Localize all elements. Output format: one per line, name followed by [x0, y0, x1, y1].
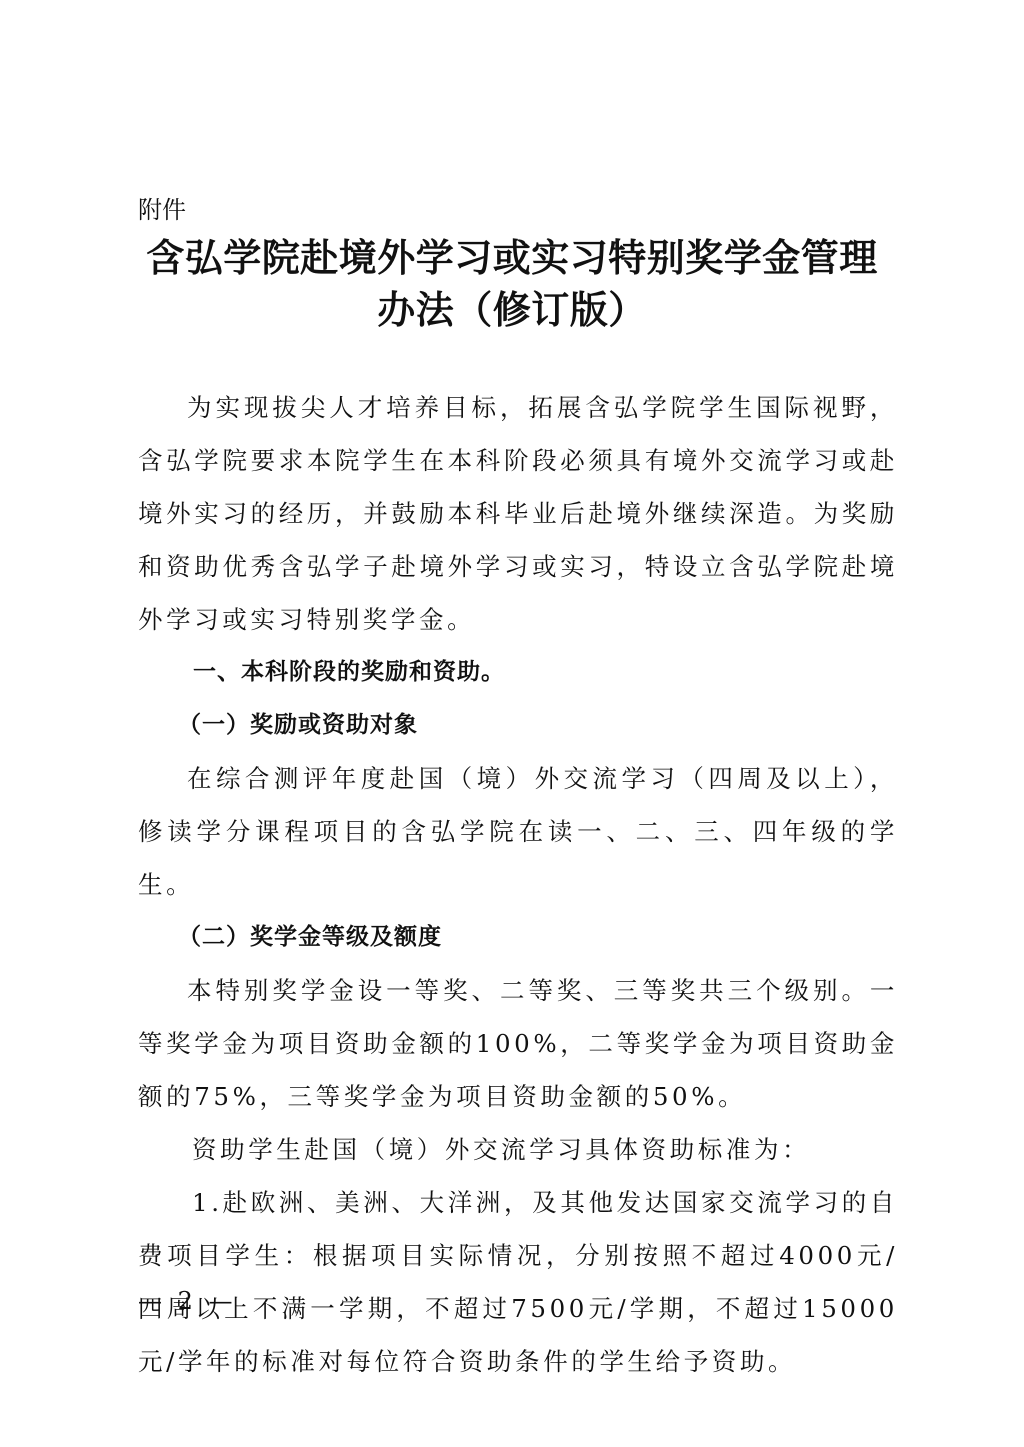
eligibility-paragraph: 在综合测评年度赴国（境）外交流学习（四周及以上），修读学分课程项目的含弘学院在读… — [138, 752, 898, 911]
funding-standard-intro: 资助学生赴国（境）外交流学习具体资助标准为： — [138, 1123, 898, 1176]
document-body: 为实现拔尖人才培养目标，拓展含弘学院学生国际视野，含弘学院要求本院学生在本科阶段… — [138, 381, 898, 1388]
document-page: 附件 含弘学院赴境外学习或实习特别奖学金管理 办法（修订版） 为实现拔尖人才培养… — [0, 0, 1024, 1447]
section-heading-1: 一、本科阶段的奖励和资助。 — [138, 646, 898, 699]
document-title-line-2: 办法（修订版） — [140, 280, 884, 340]
funding-standard-item-1: 1.赴欧洲、美洲、大洋洲，及其他发达国家交流学习的自费项目学生：根据项目实际情况… — [138, 1176, 898, 1388]
scholarship-levels-paragraph: 本特别奖学金设一等奖、二等奖、三等奖共三个级别。一等奖学金为项目资助金额的100… — [138, 964, 898, 1123]
document-title-line-1: 含弘学院赴境外学习或实习特别奖学金管理 — [140, 228, 884, 288]
intro-paragraph: 为实现拔尖人才培养目标，拓展含弘学院学生国际视野，含弘学院要求本院学生在本科阶段… — [138, 381, 898, 646]
page-number: — 2 — — [138, 1285, 237, 1317]
subsection-heading-2: （二）奖学金等级及额度 — [138, 911, 898, 964]
subsection-heading-1: （一）奖励或资助对象 — [138, 699, 898, 752]
attachment-label: 附件 — [138, 194, 186, 226]
